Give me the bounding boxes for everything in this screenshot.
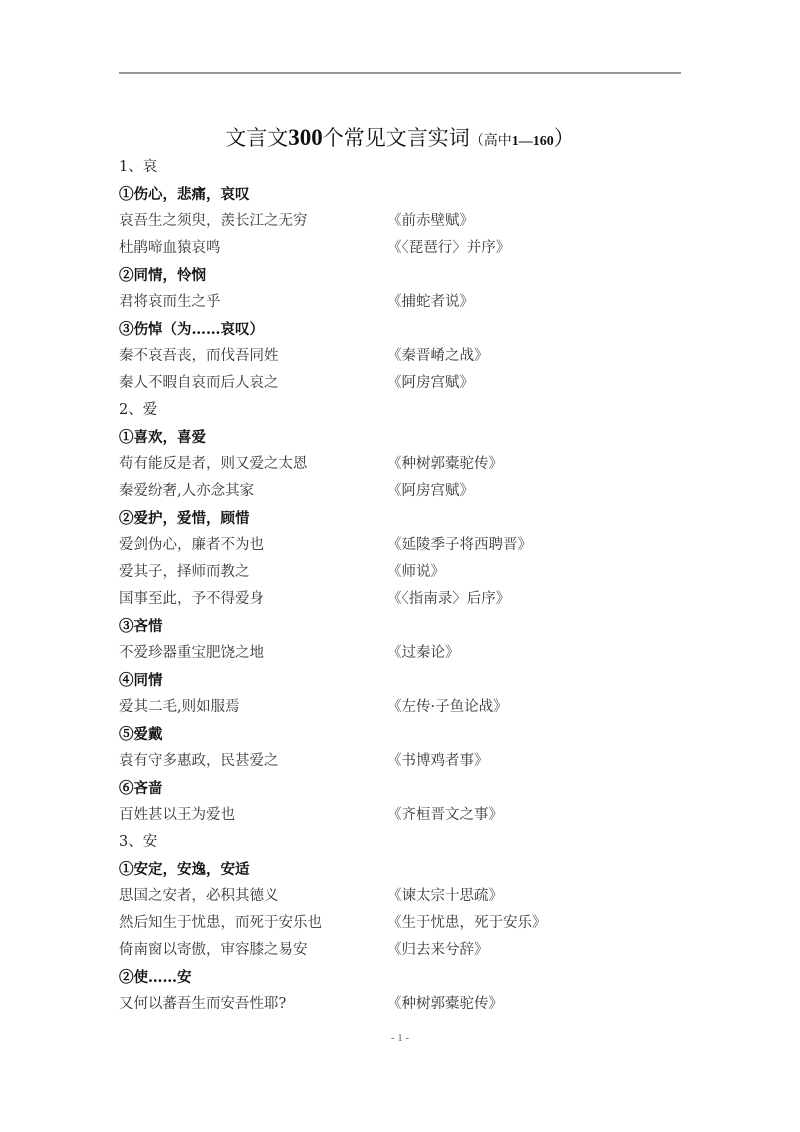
header-rule	[119, 72, 681, 74]
example-source: 《种树郭橐驼传》	[387, 991, 503, 1018]
example-source: 《秦晋崤之战》	[387, 343, 489, 370]
meaning-heading: ⑤爱戴	[119, 721, 699, 748]
example-row: 爱其子，择师而教之《师说》	[119, 559, 699, 586]
example-row: 爱剑伪心，廉者不为也《延陵季子将西聘晋》	[119, 532, 699, 559]
example-quote: 袁有守多惠政，民甚爱之	[119, 748, 279, 775]
example-quote: 杜鹃啼血猿哀鸣	[119, 235, 221, 262]
title-sub-open: （高中	[470, 133, 512, 149]
example-row: 哀吾生之须臾，羡长江之无穷《前赤壁赋》	[119, 208, 699, 235]
example-quote: 秦人不暇自哀而后人哀之	[119, 370, 279, 397]
example-row: 思国之安者，必积其德义《谏太宗十思疏》	[119, 883, 699, 910]
meaning-heading: ④同情	[119, 667, 699, 694]
example-quote: 倚南窗以寄傲，审容膝之易安	[119, 937, 308, 964]
example-row: 杜鹃啼血猿哀鸣《〈琵琶行〉并序》	[119, 235, 699, 262]
example-quote: 思国之安者，必积其德义	[119, 883, 279, 910]
example-source: 《捕蛇者说》	[387, 289, 474, 316]
example-source: 《〈指南录〉后序》	[387, 586, 510, 613]
example-quote: 爱其二毛,则如服焉	[119, 694, 240, 721]
example-quote: 百姓甚以王为爱也	[119, 802, 235, 829]
example-source: 《归去来兮辞》	[387, 937, 489, 964]
title-subtitle: （高中1—160	[470, 133, 554, 149]
example-row: 又何以蕃吾生而安吾性耶?《种树郭橐驼传》	[119, 991, 699, 1018]
example-quote: 君将哀而生之乎	[119, 289, 221, 316]
meaning-heading: ③吝惜	[119, 613, 699, 640]
example-source: 《延陵季子将西聘晋》	[387, 532, 532, 559]
example-quote: 爱剑伪心，廉者不为也	[119, 532, 264, 559]
example-quote: 不爱珍器重宝肥饶之地	[119, 640, 264, 667]
example-source: 《左传·子鱼论战》	[387, 694, 508, 721]
example-quote: 又何以蕃吾生而安吾性耶?	[119, 991, 286, 1018]
page-title: 文言文300个常见文言实词（高中1—160）	[0, 124, 800, 156]
meaning-heading: ②爱护，爱惜，顾惜	[119, 505, 699, 532]
example-row: 袁有守多惠政，民甚爱之《书博鸡者事》	[119, 748, 699, 775]
title-sub-close: ）	[554, 126, 575, 150]
example-row: 苟有能反是者，则又爱之太恩《种树郭橐驼传》	[119, 451, 699, 478]
example-source: 《生于忧患，死于安乐》	[387, 910, 547, 937]
example-row: 百姓甚以王为爱也《齐桓晋文之事》	[119, 802, 699, 829]
example-quote: 然后知生于忧患，而死于安乐也	[119, 910, 322, 937]
example-row: 倚南窗以寄傲，审容膝之易安《归去来兮辞》	[119, 937, 699, 964]
example-source: 《师说》	[387, 559, 445, 586]
word-heading: 3、安	[119, 829, 699, 856]
example-row: 秦人不暇自哀而后人哀之《阿房宫赋》	[119, 370, 699, 397]
title-sub-range: 1—160	[512, 134, 554, 149]
title-prefix: 文言文	[225, 126, 288, 150]
word-heading: 2、爱	[119, 397, 699, 424]
example-source: 《阿房宫赋》	[387, 370, 474, 397]
example-source: 《〈琵琶行〉并序》	[387, 235, 510, 262]
meaning-heading: ②同情，怜悯	[119, 262, 699, 289]
example-quote: 爱其子，择师而教之	[119, 559, 250, 586]
example-quote: 秦不哀吾丧，而伐吾同姓	[119, 343, 279, 370]
meaning-heading: ①伤心，悲痛，哀叹	[119, 181, 699, 208]
example-row: 然后知生于忧患，而死于安乐也《生于忧患，死于安乐》	[119, 910, 699, 937]
example-row: 爱其二毛,则如服焉《左传·子鱼论战》	[119, 694, 699, 721]
example-row: 秦爱纷奢,人亦念其家《阿房宫赋》	[119, 478, 699, 505]
title-number: 300	[288, 125, 323, 150]
title-suffix: 个常见文言实词	[323, 126, 470, 150]
example-quote: 哀吾生之须臾，羡长江之无穷	[119, 208, 308, 235]
example-source: 《书博鸡者事》	[387, 748, 489, 775]
word-list: 1、哀①伤心，悲痛，哀叹哀吾生之须臾，羡长江之无穷《前赤壁赋》杜鹃啼血猿哀鸣《〈…	[119, 154, 699, 1018]
example-source: 《前赤壁赋》	[387, 208, 474, 235]
meaning-heading: ①喜欢，喜爱	[119, 424, 699, 451]
meaning-heading: ②使……安	[119, 964, 699, 991]
meaning-heading: ③伤悼（为……哀叹）	[119, 316, 699, 343]
example-source: 《过秦论》	[387, 640, 460, 667]
example-source: 《种树郭橐驼传》	[387, 451, 503, 478]
word-heading: 1、哀	[119, 154, 699, 181]
example-quote: 苟有能反是者，则又爱之太恩	[119, 451, 308, 478]
meaning-heading: ①安定，安逸，安适	[119, 856, 699, 883]
example-source: 《阿房宫赋》	[387, 478, 474, 505]
meaning-heading: ⑥吝啬	[119, 775, 699, 802]
example-row: 不爱珍器重宝肥饶之地《过秦论》	[119, 640, 699, 667]
example-source: 《齐桓晋文之事》	[387, 802, 503, 829]
example-row: 国事至此，予不得爱身《〈指南录〉后序》	[119, 586, 699, 613]
example-row: 君将哀而生之乎《捕蛇者说》	[119, 289, 699, 316]
example-row: 秦不哀吾丧，而伐吾同姓《秦晋崤之战》	[119, 343, 699, 370]
example-source: 《谏太宗十思疏》	[387, 883, 503, 910]
example-quote: 秦爱纷奢,人亦念其家	[119, 478, 254, 505]
example-quote: 国事至此，予不得爱身	[119, 586, 264, 613]
page-number: - 1 -	[0, 1032, 800, 1044]
